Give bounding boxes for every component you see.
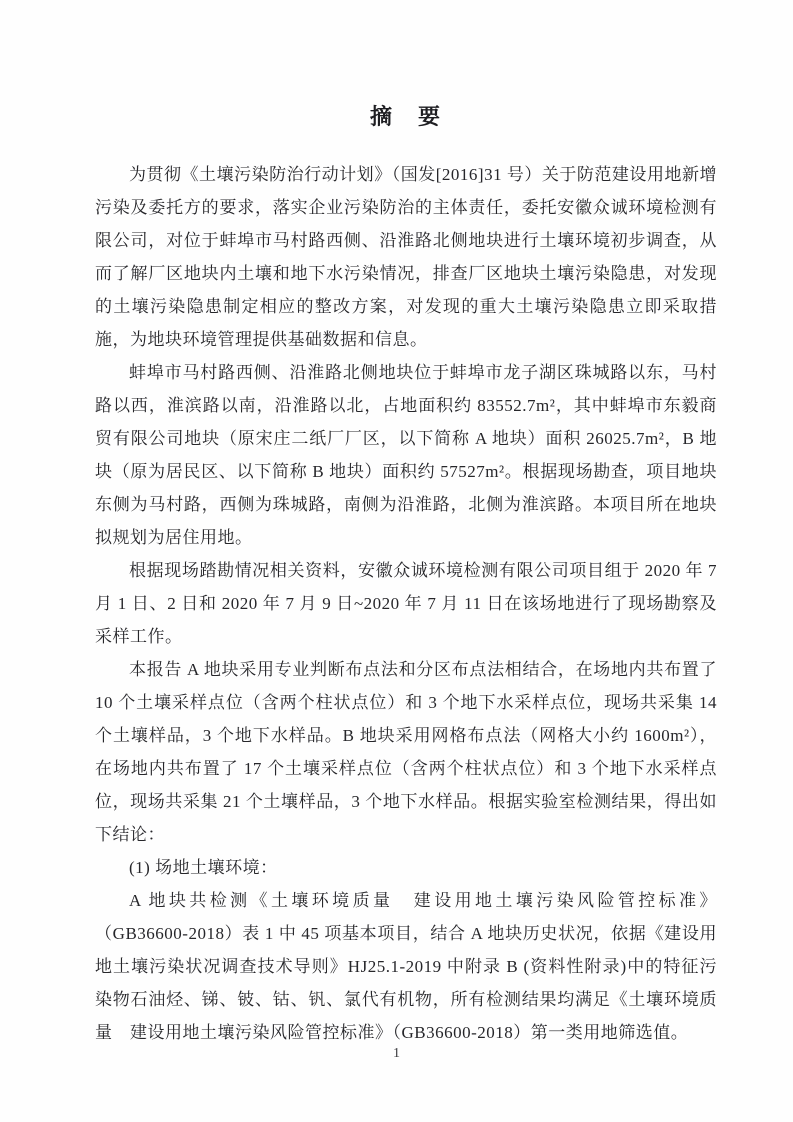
- paragraph-sampling-method: 本报告 A 地块采用专业判断布点法和分区布点法相结合，在场地内共布置了 10 个…: [95, 653, 717, 851]
- page-title: 摘 要: [95, 100, 717, 131]
- document-content: 摘 要 为贯彻《土壤污染防治行动计划》（国发[2016]31 号）关于防范建设用…: [95, 100, 717, 1049]
- paragraph-plot-a-results: A 地块共检测《土壤环境质量 建设用地土壤污染风险管控标准》（GB36600-2…: [95, 884, 717, 1049]
- paragraph-site-location: 蚌埠市马村路西侧、沿淮路北侧地块位于蚌埠市龙子湖区珠城路以东，马村路以西，淮滨路…: [95, 356, 717, 554]
- paragraph-intro-policy: 为贯彻《土壤污染防治行动计划》（国发[2016]31 号）关于防范建设用地新增污…: [95, 158, 717, 356]
- page-number: 1: [0, 1046, 793, 1062]
- paragraph-conclusion-heading: (1) 场地土壤环境：: [95, 851, 717, 884]
- document-page: 摘 要 为贯彻《土壤污染防治行动计划》（国发[2016]31 号）关于防范建设用…: [0, 0, 793, 1122]
- paragraph-survey-dates: 根据现场踏勘情况相关资料，安徽众诚环境检测有限公司项目组于 2020 年 7 月…: [95, 554, 717, 653]
